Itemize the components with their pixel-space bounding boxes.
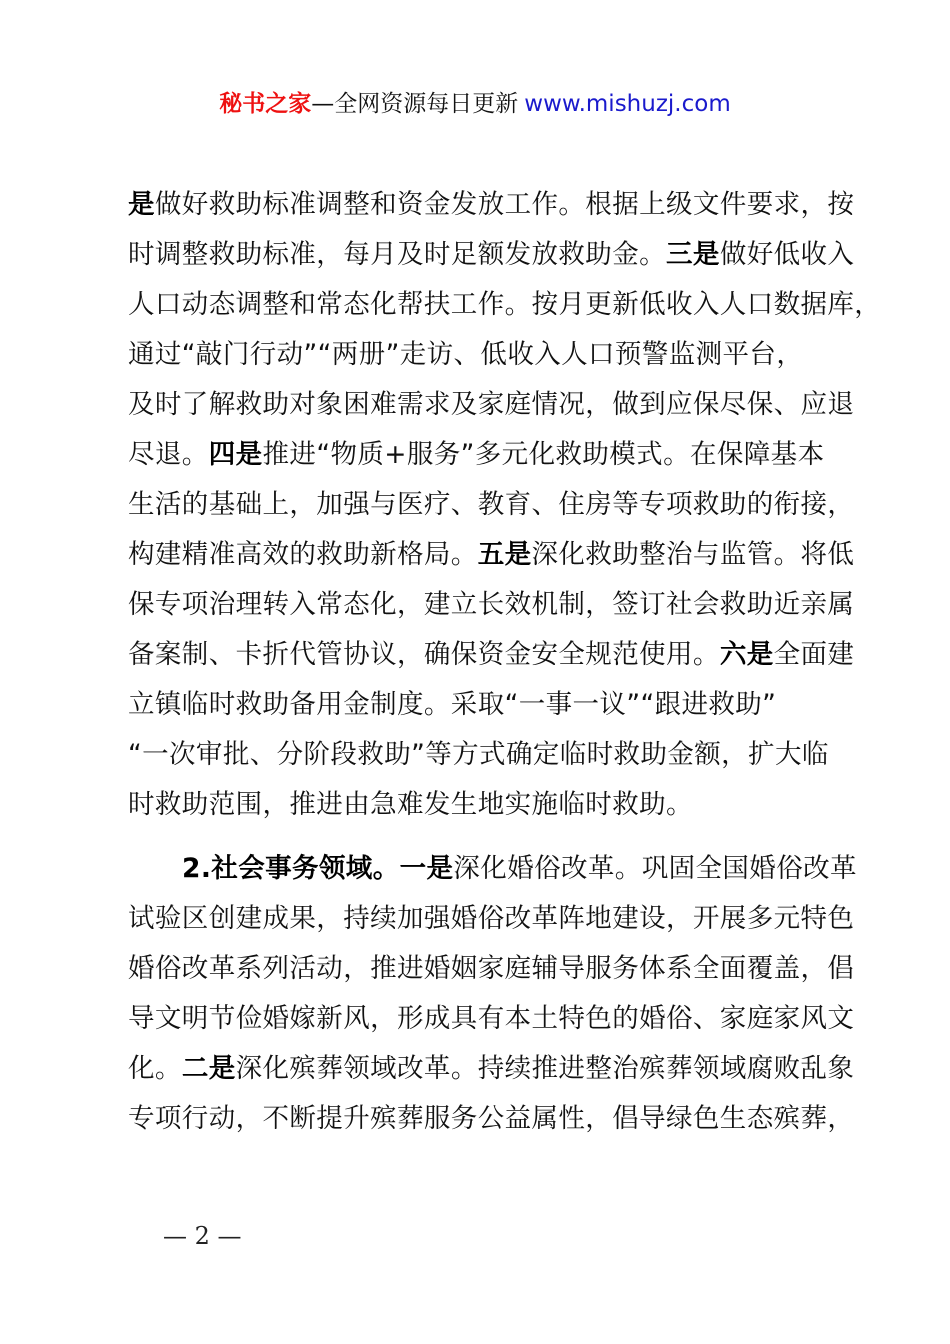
text-run: 婚俗改革系列活动，推进婚姻家庭辅导服务体系全面覆盖，倡: [128, 953, 854, 984]
text-run: 时救助范围，推进由急难发生地实施临时救助。: [128, 789, 693, 820]
text-run: 做好救助标准调整和资金发放工作。根据上级文件要求，按: [155, 189, 854, 220]
text-run: 备案制、卡折代管协议，确保资金安全规范使用。: [128, 639, 720, 670]
text-line: 生活的基础上，加强与医疗、教育、住房等专项救助的衔接，: [128, 480, 833, 530]
text-run: 立镇临时救助备用金制度。采取“一事一议”“跟进救助”: [128, 689, 776, 720]
text-line: 构建精准高效的救助新格局。五是深化救助整治与监管。将低: [128, 530, 833, 580]
text-run: 推进“物质+服务”多元化救助模式。在保障基本: [263, 439, 825, 470]
text-line: 及时了解救助对象困难需求及家庭情况，做到应保尽保、应退: [128, 380, 833, 430]
site-url-link[interactable]: www.mishuzj.com: [524, 91, 730, 117]
brand-name: 秘书之家: [219, 91, 311, 117]
text-line: 2.社会事务领域。一是深化婚俗改革。巩固全国婚俗改革: [128, 844, 833, 894]
text-line: 婚俗改革系列活动，推进婚姻家庭辅导服务体系全面覆盖，倡: [128, 944, 833, 994]
text-line: 通过“敲门行动”“两册”走访、低收入人口预警监测平台，: [128, 330, 833, 380]
header-slogan: —全网资源每日更新: [311, 91, 518, 117]
text-run: 试验区创建成果，持续加强婚俗改革阵地建设，开展多元特色: [128, 903, 854, 934]
text-run: “一次审批、分阶段救助”等方式确定临时救助金额，扩大临: [128, 739, 829, 770]
text-line: “一次审批、分阶段救助”等方式确定临时救助金额，扩大临: [128, 730, 833, 780]
bold-lead: 三是: [666, 239, 720, 270]
bold-lead: 五是: [478, 539, 532, 570]
text-line: 专项行动，不断提升殡葬服务公益属性，倡导绿色生态殡葬，: [128, 1094, 833, 1144]
paragraph-social-assistance: 是做好救助标准调整和资金发放工作。根据上级文件要求，按 时调整救助标准，每月及时…: [128, 180, 833, 830]
text-run: 做好低收入: [720, 239, 855, 270]
text-line: 导文明节俭婚嫁新风，形成具有本土特色的婚俗、家庭家风文: [128, 994, 833, 1044]
bold-lead: 六是: [720, 639, 774, 670]
text-line: 时调整救助标准，每月及时足额发放救助金。三是做好低收入: [128, 230, 833, 280]
text-line: 备案制、卡折代管协议，确保资金安全规范使用。六是全面建: [128, 630, 833, 680]
text-line: 时救助范围，推进由急难发生地实施临时救助。: [128, 780, 833, 830]
text-run: 人口动态调整和常态化帮扶工作。按月更新低收入人口数据库，: [128, 289, 881, 320]
site-header: 秘书之家—全网资源每日更新www.mishuzj.com: [0, 86, 950, 122]
text-run: 生活的基础上，加强与医疗、教育、住房等专项救助的衔接，: [128, 489, 854, 520]
bold-lead: 是: [128, 189, 155, 220]
text-run: 导文明节俭婚嫁新风，形成具有本土特色的婚俗、家庭家风文: [128, 1003, 854, 1034]
text-line: 化。二是深化殡葬领域改革。持续推进整治殡葬领域腐败乱象: [128, 1044, 833, 1094]
text-line: 是做好救助标准调整和资金发放工作。根据上级文件要求，按: [128, 180, 833, 230]
bold-lead: 二是: [182, 1053, 236, 1084]
text-run: 时调整救助标准，每月及时足额发放救助金。: [128, 239, 666, 270]
page-number: — 2 —: [163, 1222, 242, 1250]
text-run: 深化殡葬领域改革。持续推进整治殡葬领域腐败乱象: [236, 1053, 855, 1084]
text-line: 试验区创建成果，持续加强婚俗改革阵地建设，开展多元特色: [128, 894, 833, 944]
text-line: 人口动态调整和常态化帮扶工作。按月更新低收入人口数据库，: [128, 280, 833, 330]
text-run: 化。: [128, 1053, 182, 1084]
text-line: 保专项治理转入常态化，建立长效机制，签订社会救助近亲属: [128, 580, 833, 630]
text-run: 构建精准高效的救助新格局。: [128, 539, 478, 570]
bold-lead: 四是: [209, 439, 263, 470]
text-line: 尽退。四是推进“物质+服务”多元化救助模式。在保障基本: [128, 430, 833, 480]
text-run: 保专项治理转入常态化，建立长效机制，签订社会救助近亲属: [128, 589, 854, 620]
text-run: 全面建: [774, 639, 855, 670]
text-line: 立镇临时救助备用金制度。采取“一事一议”“跟进救助”: [128, 680, 833, 730]
document-body: 是做好救助标准调整和资金发放工作。根据上级文件要求，按 时调整救助标准，每月及时…: [128, 180, 833, 1144]
paragraph-social-affairs: 2.社会事务领域。一是深化婚俗改革。巩固全国婚俗改革 试验区创建成果，持续加强婚…: [128, 844, 833, 1144]
text-run: 深化救助整治与监管。将低: [532, 539, 855, 570]
text-run: 深化婚俗改革。巩固全国婚俗改革: [453, 853, 857, 884]
text-run: 专项行动，不断提升殡葬服务公益属性，倡导绿色生态殡葬，: [128, 1103, 854, 1134]
text-run: 及时了解救助对象困难需求及家庭情况，做到应保尽保、应退: [128, 389, 854, 420]
text-run: 通过“敲门行动”“两册”走访、低收入人口预警监测平台，: [128, 339, 803, 370]
text-run: 尽退。: [128, 439, 209, 470]
section-heading: 2.社会事务领域。一是: [182, 853, 453, 884]
